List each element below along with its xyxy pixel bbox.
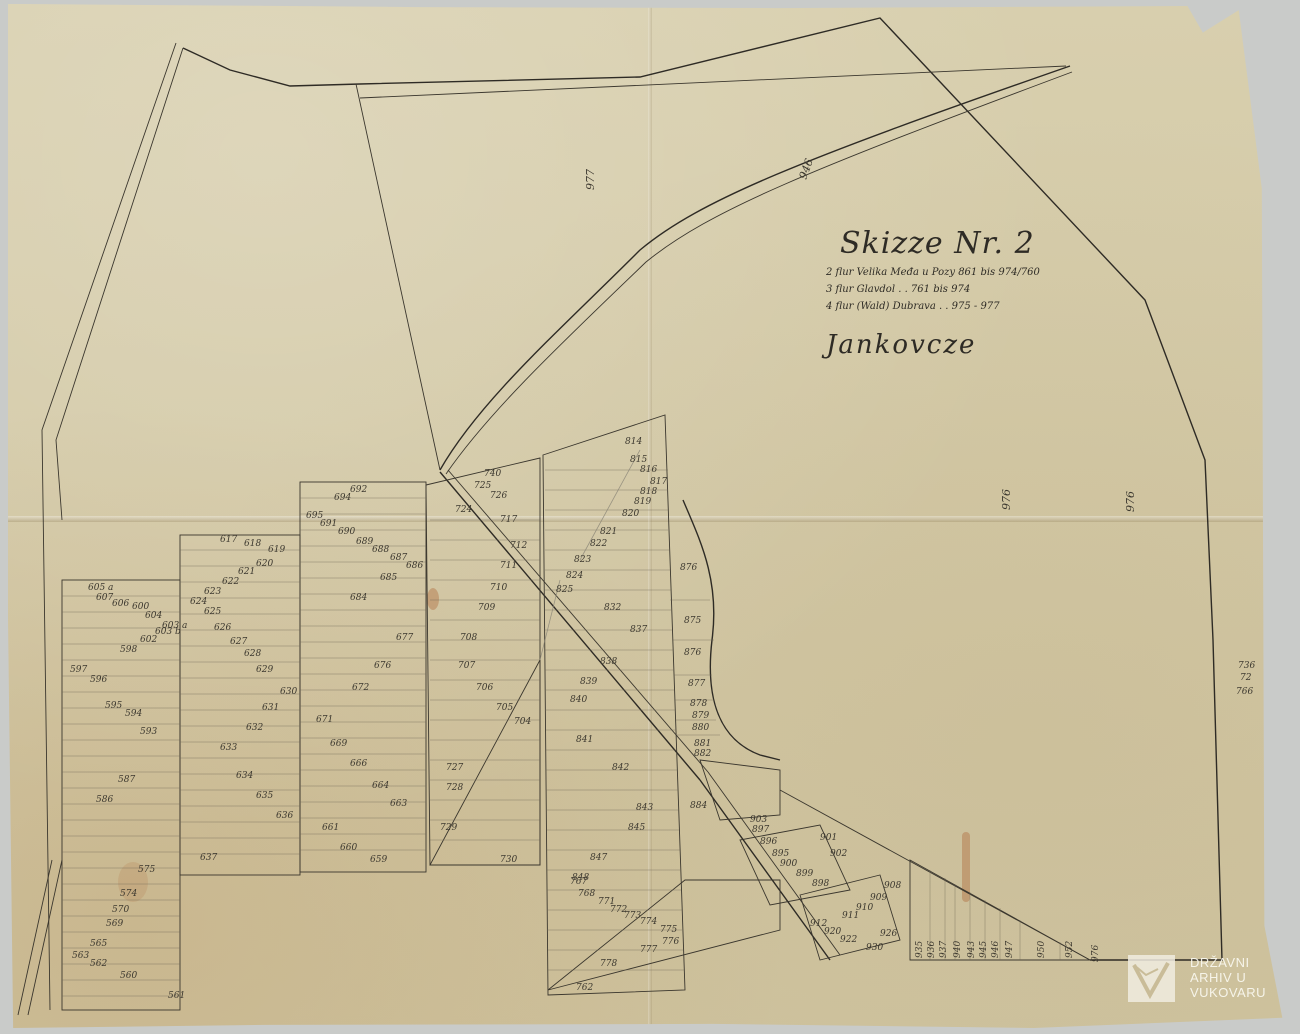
parcel-number: 684 (350, 593, 367, 603)
parcel-number: 976 (1091, 945, 1101, 962)
parcel-number: 768 (578, 889, 595, 899)
parcel-number: 729 (440, 823, 457, 833)
parcel-number: 940 (953, 941, 963, 958)
parcel-number: 633 (220, 743, 237, 753)
parcel-number: 775 (660, 925, 677, 935)
village-name: Jankovcze (826, 330, 1040, 360)
parcel-number: 818 (640, 487, 657, 497)
parcel-number: 876 (684, 648, 701, 658)
parcel-number: 820 (622, 509, 639, 519)
parcel-number: 776 (662, 937, 679, 947)
village-plot (700, 760, 780, 820)
parcel-number: 561 (168, 991, 185, 1001)
parcel-number: 902 (830, 849, 847, 859)
parcel-number: 694 (334, 493, 351, 503)
legend-row: 3 flur Glavdol . . 761 bis 974 (826, 284, 1040, 295)
parcel-number: 977 (584, 169, 597, 190)
parcel-number: 881 (694, 739, 711, 749)
parcel-number: 930 (866, 943, 883, 953)
parcel-number: 630 (280, 687, 297, 697)
parcel-number: 629 (256, 665, 273, 675)
parcel-number: 691 (320, 519, 337, 529)
parcel-number: 626 (214, 623, 231, 633)
parcel-number: 597 (70, 665, 87, 675)
parcel-number: 777 (640, 945, 657, 955)
parcel-number: 717 (500, 515, 517, 525)
margin-note: 736 (1238, 661, 1255, 671)
parcel-number: 672 (352, 683, 369, 693)
boundary-line (183, 18, 1222, 960)
parcel-number: 911 (842, 911, 859, 921)
parcel-number: 878 (690, 699, 707, 709)
parcel-number: 689 (356, 537, 373, 547)
parcel-number: 899 (796, 869, 813, 879)
stream (683, 500, 780, 760)
parcel-number: 688 (372, 545, 389, 555)
road (448, 470, 708, 772)
parcel-number: 663 (390, 799, 407, 809)
parcel-number: 898 (812, 879, 829, 889)
parcel-number: 896 (760, 837, 777, 847)
parcel-number: 574 (120, 889, 137, 899)
parcel-number: 594 (125, 709, 142, 719)
parcel-number: 839 (580, 677, 597, 687)
map-title: Skizze Nr. 2 (840, 226, 1040, 261)
parcel-number: 821 (600, 527, 617, 537)
parcel-number: 628 (244, 649, 261, 659)
parcel-number: 631 (262, 703, 279, 713)
parcel-number: 762 (576, 983, 593, 993)
parcel-number: 677 (396, 633, 413, 643)
parcel-number: 706 (476, 683, 493, 693)
parcel-number: 709 (478, 603, 495, 613)
boundary-line (18, 860, 52, 1015)
parcel-number: 946 (797, 157, 816, 181)
parcel-number: 619 (268, 545, 285, 555)
parcel-number: 724 (455, 505, 472, 515)
parcel-number: 875 (684, 616, 701, 626)
parcel-number: 593 (140, 727, 157, 737)
archive-name-line: VUKOVARU (1190, 985, 1266, 1000)
parcel-number: 632 (246, 723, 263, 733)
parcel-number: 605 a (88, 583, 113, 593)
road (356, 84, 440, 470)
parcel-number: 976 (1000, 489, 1013, 510)
parcel-number: 587 (118, 775, 135, 785)
parcel-number: 565 (90, 939, 107, 949)
parcel-number: 840 (570, 695, 587, 705)
parcel-number: 816 (640, 465, 657, 475)
map-title-block: Skizze Nr. 2 2 flur Velika Međa u Pozy 8… (826, 226, 1040, 360)
parcel-number: 617 (220, 535, 237, 545)
parcel-number: 660 (340, 843, 357, 853)
archive-watermark: DRŽAVNI ARHIV U VUKOVARU (1128, 955, 1266, 1002)
parcel-number: 623 (204, 587, 221, 597)
parcel-number: 603 b (155, 627, 181, 637)
parcel-number: 607 (96, 593, 113, 603)
parcel-number: 622 (222, 577, 239, 587)
parcel-number: 952 (1065, 941, 1075, 958)
parcel-number: 877 (688, 679, 705, 689)
parcel-number: 946 (991, 941, 1001, 958)
parcel-number: 604 (145, 611, 162, 621)
parcel-number: 823 (574, 555, 591, 565)
parcel-number: 943 (967, 941, 977, 958)
parcel-number: 671 (316, 715, 333, 725)
parcel-number: 945 (979, 941, 989, 958)
parcel-number: 708 (460, 633, 477, 643)
parcel-number: 598 (120, 645, 137, 655)
parcel-number: 726 (490, 491, 507, 501)
parcel-number: 569 (106, 919, 123, 929)
parcel-number: 814 (625, 437, 642, 447)
parcel-number: 664 (372, 781, 389, 791)
parcel-number: 725 (474, 481, 491, 491)
parcel-number: 686 (406, 561, 423, 571)
parcel-number: 606 (112, 599, 129, 609)
parcel-block-2 (180, 535, 300, 875)
archive-name: DRŽAVNI ARHIV U VUKOVARU (1190, 955, 1266, 1000)
parcel-number: 817 (650, 477, 667, 487)
parcel-number: 740 (484, 469, 501, 479)
parcel-number: 876 (680, 563, 697, 573)
parcel-number: 727 (446, 763, 463, 773)
parcel-number: 901 (820, 833, 837, 843)
parcel-number: 909 (870, 893, 887, 903)
parcel-number: 620 (256, 559, 273, 569)
archive-name-line: ARHIV U (1190, 970, 1266, 985)
parcel-number: 690 (338, 527, 355, 537)
parcel-number: 666 (350, 759, 367, 769)
parcel-number: 621 (238, 567, 255, 577)
parcel-number: 636 (276, 811, 293, 821)
archive-name-line: DRŽAVNI (1190, 955, 1266, 970)
cadastral-map: 977 946 976 976 736 72 766 605 a 607 606… (0, 0, 1300, 1034)
parcel-number: 822 (590, 539, 607, 549)
parcel-number: 920 (824, 927, 841, 937)
parcel-number: 778 (600, 959, 617, 969)
parcel-number: 637 (200, 853, 217, 863)
parcel-number: 627 (230, 637, 247, 647)
parcel-number: 634 (236, 771, 253, 781)
boundary-line (56, 48, 183, 520)
parcel-number: 707 (458, 661, 475, 671)
parcel-number: 908 (884, 881, 901, 891)
parcel-number: 669 (330, 739, 347, 749)
parcel-number: 712 (510, 541, 527, 551)
legend-row: 2 flur Velika Međa u Pozy 861 bis 974/76… (826, 267, 1040, 278)
parcel-number: 841 (576, 735, 593, 745)
parcel-number: 774 (640, 917, 657, 927)
parcel-number: 897 (752, 825, 769, 835)
parcel-number: 710 (490, 583, 507, 593)
parcel-number: 825 (556, 585, 573, 595)
parcel-number: 595 (105, 701, 122, 711)
parcel-number: 937 (939, 941, 949, 958)
parcel-number: 837 (630, 625, 647, 635)
parcel-number: 895 (772, 849, 789, 859)
parcel-number: 847 (590, 853, 607, 863)
parcel-number: 704 (514, 717, 531, 727)
parcel-number: 692 (350, 485, 367, 495)
parcel-number: 845 (628, 823, 645, 833)
parcel-number: 879 (692, 711, 709, 721)
parcel-number: 661 (322, 823, 339, 833)
parcel-number: 838 (600, 657, 617, 667)
parcel-number: 575 (138, 865, 155, 875)
parcel-number: 705 (496, 703, 513, 713)
parcel-number: 824 (566, 571, 583, 581)
parcel-number: 773 (624, 911, 641, 921)
parcel-number: 659 (370, 855, 387, 865)
parcel-number: 935 (915, 941, 925, 958)
parcel-number: 676 (374, 661, 391, 671)
parcel-number: 625 (204, 607, 221, 617)
parcel-number: 602 (140, 635, 157, 645)
parcel-number: 976 (1124, 491, 1137, 512)
parcel-number: 711 (500, 561, 517, 571)
legend-row: 4 flur (Wald) Dubrava . . 975 - 977 (826, 301, 1040, 312)
parcel-number: 880 (692, 723, 709, 733)
margin-note: 72 (1240, 673, 1252, 683)
parcel-number: 635 (256, 791, 273, 801)
parcel-number: 884 (690, 801, 707, 811)
parcel-number: 624 (190, 597, 207, 607)
road (440, 472, 700, 780)
parcel-number: 882 (694, 749, 711, 759)
parcel-number: 560 (120, 971, 137, 981)
parcel-number: 903 (750, 815, 767, 825)
parcel-number: 586 (96, 795, 113, 805)
parcel-number: 618 (244, 539, 261, 549)
parcel-number: 767 (570, 877, 587, 887)
parcel-block-4 (426, 458, 540, 865)
parcel-number: 730 (500, 855, 517, 865)
parcel-number: 926 (880, 929, 897, 939)
parcel-number: 947 (1005, 941, 1015, 958)
parcel-number: 685 (380, 573, 397, 583)
parcel-number: 563 (72, 951, 89, 961)
parcel-number: 950 (1037, 941, 1047, 958)
parcel-number: 832 (604, 603, 621, 613)
parcel-number: 922 (840, 935, 857, 945)
parcel-number: 728 (446, 783, 463, 793)
parcel-number: 815 (630, 455, 647, 465)
parcel-number: 842 (612, 763, 629, 773)
parcel-number: 900 (780, 859, 797, 869)
parcel-number: 562 (90, 959, 107, 969)
archive-logo-icon (1128, 955, 1175, 1002)
pencil-line (580, 450, 640, 560)
margin-note: 766 (1236, 687, 1253, 697)
boundary-line (28, 860, 62, 1015)
parcel-number: 687 (390, 553, 407, 563)
parcel-number: 819 (634, 497, 651, 507)
parcel-number: 843 (636, 803, 653, 813)
parcel-number: 596 (90, 675, 107, 685)
parcel-number: 570 (112, 905, 129, 915)
parcel-number: 936 (927, 941, 937, 958)
